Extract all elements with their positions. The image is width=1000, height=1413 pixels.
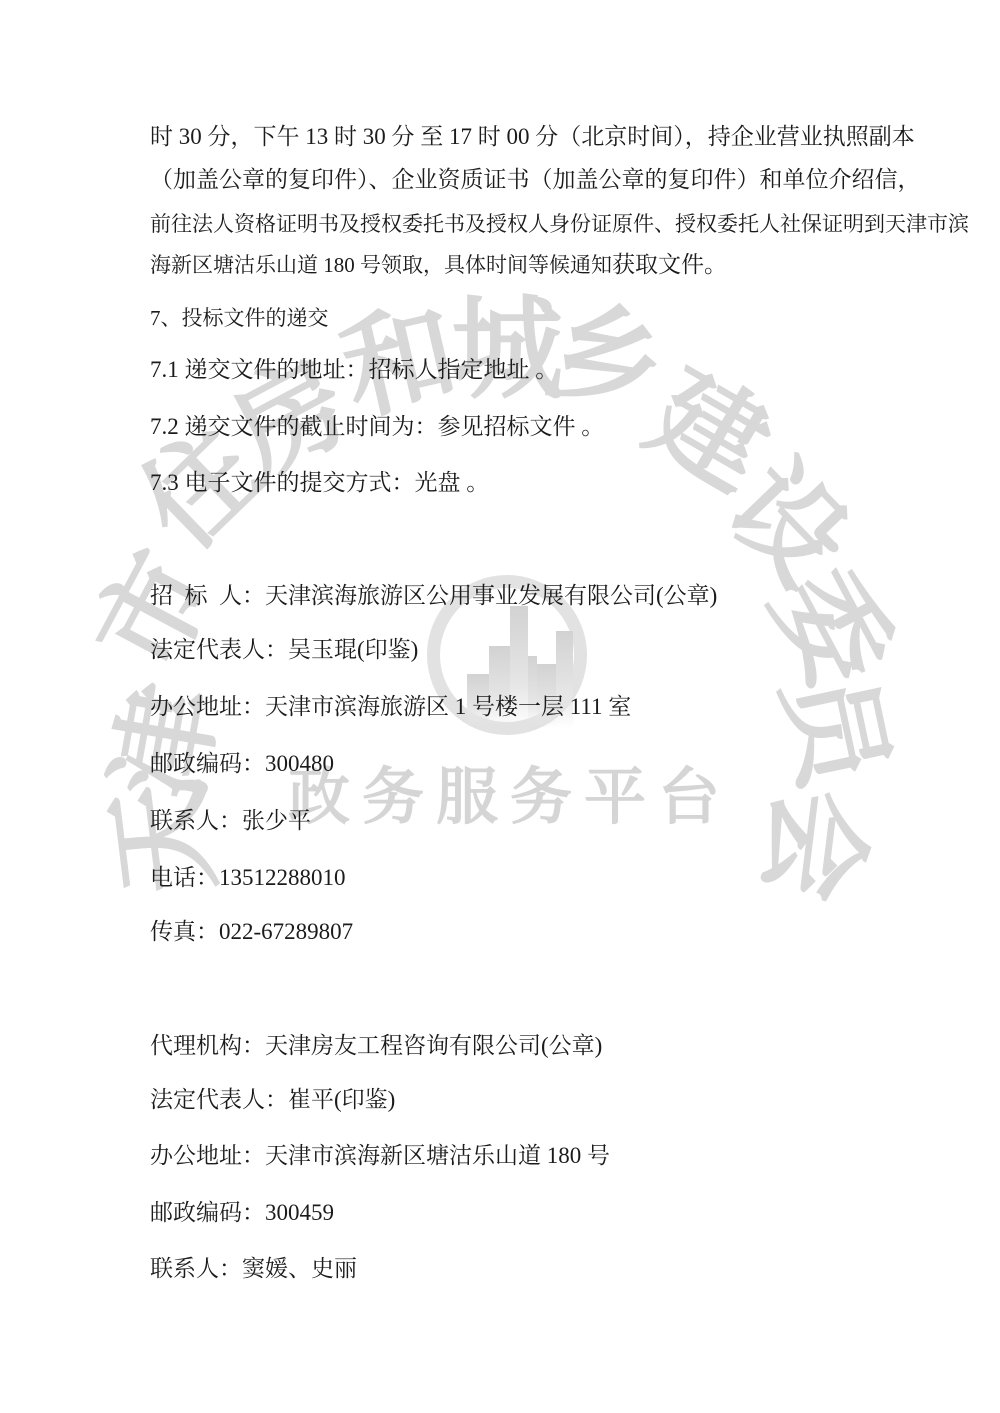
postcode-value: 300480: [265, 751, 334, 776]
tenderer-legal-rep-line: 法定代表人：吴玉琨(印鉴): [150, 635, 418, 665]
agency-name-line: 代理机构：天津房友工程咨询有限公司(公章): [150, 1031, 602, 1061]
postcode-label: 邮政编码：: [150, 751, 265, 776]
phone-label: 电话：: [150, 865, 219, 890]
agency-legal-rep-label: 法定代表人：: [150, 1087, 288, 1112]
document-content: 时 30 分，下午 13 时 30 分 至 17 时 00 分（北京时间），持企…: [0, 0, 1000, 1413]
tenderer-name: 天津滨海旅游区公用事业发展有限公司(公章): [265, 583, 717, 608]
tenderer-phone-line: 电话：13512288010: [150, 863, 346, 893]
office-value: 天津市滨海旅游区 1 号楼一层 111 室: [265, 694, 631, 719]
section7-title: 7、投标文件的递交: [150, 303, 329, 333]
paragraph1-line4-normal: 获取文件。: [612, 252, 727, 277]
paragraph1-line3: 前往法人资格证明书及授权委托书及授权人身份证原件、授权委托人社保证明到天津市滨: [150, 209, 969, 239]
section7-item1: 7.1 递交文件的地址：招标人指定地址 。: [150, 355, 558, 385]
paragraph1-line1: 时 30 分，下午 13 时 30 分 至 17 时 00 分（北京时间），持企…: [150, 122, 915, 152]
agency-postcode-line: 邮政编码：300459: [150, 1198, 334, 1228]
paragraph1-line4: 海新区塘沽乐山道 180 号领取，具体时间等候通知获取文件。: [150, 250, 727, 280]
agency-postcode-value: 300459: [265, 1200, 334, 1225]
agency-name: 天津房友工程咨询有限公司(公章): [265, 1033, 602, 1058]
paragraph1-line4-small: 海新区塘沽乐山道 180 号领取，具体时间等候通知: [150, 253, 612, 277]
agency-office-line: 办公地址：天津市滨海新区塘沽乐山道 180 号: [150, 1141, 610, 1171]
paragraph1-line2: （加盖公章的复印件）、企业资质证书（加盖公章的复印件）和单位介绍信，: [150, 165, 921, 195]
agency-postcode-label: 邮政编码：: [150, 1200, 265, 1225]
tenderer-label: 招 标 人：: [150, 583, 265, 608]
agency-legal-rep-line: 法定代表人：崔平(印鉴): [150, 1085, 395, 1115]
document-page: 天津市住房和城乡建设委员会 政务服务平台 时 30 分，下午 13 时 30 分…: [0, 0, 1000, 1413]
fax-label: 传真：: [150, 919, 219, 944]
tenderer-fax-line: 传真：022-67289807: [150, 917, 353, 947]
agency-label: 代理机构：: [150, 1033, 265, 1058]
tenderer-contact-line: 联系人：张少平: [150, 806, 311, 836]
tenderer-office-line: 办公地址：天津市滨海旅游区 1 号楼一层 111 室: [150, 692, 631, 722]
tenderer-name-line: 招 标 人：天津滨海旅游区公用事业发展有限公司(公章): [150, 581, 717, 611]
phone-value: 13512288010: [219, 865, 346, 890]
agency-office-value: 天津市滨海新区塘沽乐山道 180 号: [265, 1143, 610, 1168]
contact-label: 联系人：: [150, 808, 242, 833]
section7-item3: 7.3 电子文件的提交方式：光盘 。: [150, 468, 489, 498]
section7-item2: 7.2 递交文件的截止时间为：参见招标文件 。: [150, 412, 604, 442]
tenderer-postcode-line: 邮政编码：300480: [150, 749, 334, 779]
legal-rep-value: 吴玉琨(印鉴): [288, 637, 418, 662]
agency-contact-label: 联系人：: [150, 1256, 242, 1281]
agency-contact-value: 窦媛、史丽: [242, 1256, 357, 1281]
agency-contact-line: 联系人：窦媛、史丽: [150, 1254, 357, 1284]
contact-value: 张少平: [242, 808, 311, 833]
legal-rep-label: 法定代表人：: [150, 637, 288, 662]
office-label: 办公地址：: [150, 694, 265, 719]
agency-legal-rep-value: 崔平(印鉴): [288, 1087, 395, 1112]
fax-value: 022-67289807: [219, 919, 353, 944]
agency-office-label: 办公地址：: [150, 1143, 265, 1168]
